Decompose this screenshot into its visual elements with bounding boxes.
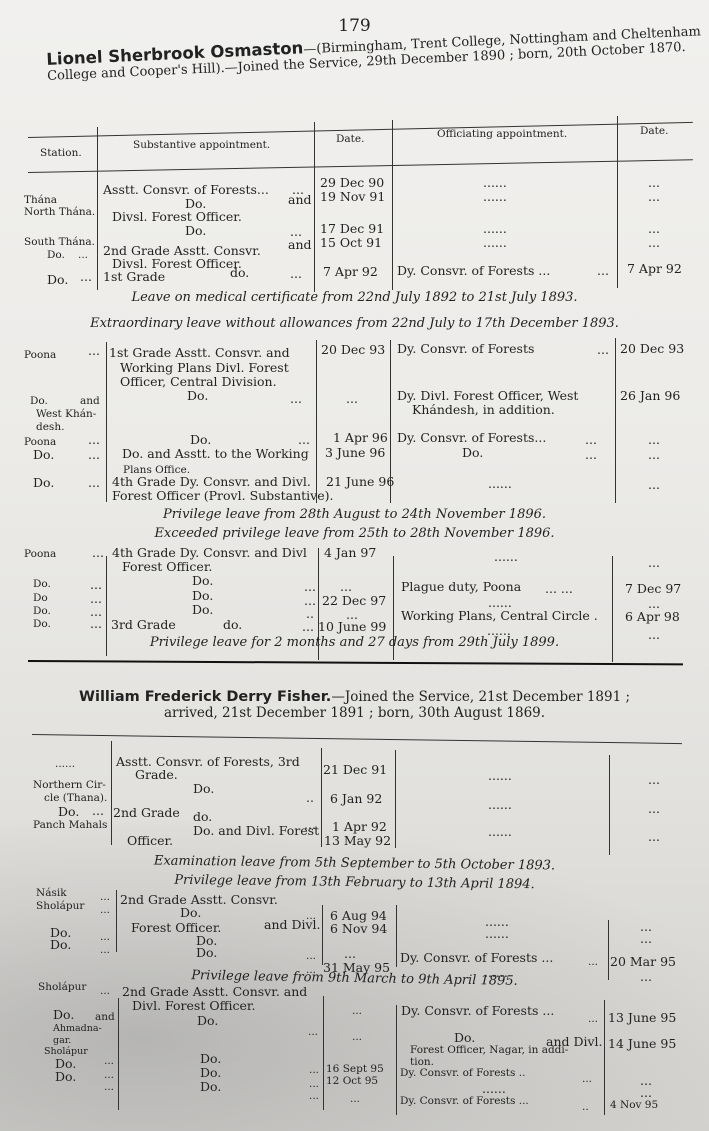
leader-dots: ... — [588, 1012, 598, 1026]
substantive-cell: 2nd Grade — [113, 806, 180, 820]
officiating-cell: Do. — [462, 446, 483, 460]
table1-header-rule — [28, 159, 693, 173]
station-cell: Poona — [24, 547, 56, 561]
leader-dots: .. — [582, 1100, 589, 1114]
leader-and: and — [288, 238, 312, 252]
substantive-cell: Do. — [192, 574, 213, 588]
col-divider — [97, 127, 98, 290]
entry2-name: William Frederick Derry Fisher. — [79, 689, 331, 705]
leader-dots: ... ... — [545, 582, 573, 596]
entry2-heading: William Frederick Derry Fisher.—Joined t… — [0, 690, 709, 704]
header-date2: Date. — [640, 124, 668, 138]
substantive-cell: Do. — [180, 906, 201, 920]
station-cell: desh. — [36, 420, 64, 434]
substantive-cell: Do. — [200, 1052, 221, 1066]
station-cell: Do. — [33, 476, 54, 490]
date2-cell: 7 Dec 97 — [625, 582, 681, 596]
leave-note: Leave on medical certificate from 22nd J… — [0, 291, 709, 305]
leader-dots: ... — [90, 578, 102, 592]
date-cell: 21 June 96 — [326, 475, 394, 489]
date-cell: 6 Jan 92 — [330, 792, 382, 806]
officiating-cell: ...... — [483, 190, 507, 204]
substantive-cell: Do. — [192, 589, 213, 603]
station-cell: Násik — [36, 886, 67, 900]
date2-cell: 20 Dec 93 — [620, 342, 684, 356]
officiating-cell: Dy. Consvr. of Forests ... — [397, 264, 550, 278]
substantive-cell: Do. — [187, 389, 208, 403]
substantive-cell: 4th Grade Dy. Consvr. and Divl — [112, 546, 307, 560]
entry2-bio-line1: —Joined the Service, 21st December 1891 … — [331, 689, 630, 705]
header-station: Station. — [40, 146, 82, 160]
date-cell: ... — [352, 1030, 362, 1044]
leader-dots: ... — [88, 476, 100, 490]
leave-note: Privilege leave from 28th August to 24th… — [0, 508, 709, 522]
station-cell: Do. — [53, 1008, 74, 1022]
substantive-cell: Grade. — [135, 768, 178, 782]
station-cell: Do. — [47, 273, 68, 287]
date-cell: 17 Dec 91 — [320, 222, 384, 236]
col-divider — [116, 890, 117, 952]
col-divider — [322, 905, 323, 965]
leader-dots: ... — [308, 1025, 318, 1039]
substantive-cell: Divl. Forest Officer. — [132, 999, 255, 1013]
col-divider — [604, 1000, 605, 1115]
col-divider — [395, 750, 396, 848]
leader-dots: ... — [100, 903, 110, 917]
date-cell: 4 Jan 97 — [324, 546, 376, 560]
substantive-cell: and Divl. — [264, 918, 321, 932]
substantive-cell: Do. — [196, 946, 217, 960]
date2-cell: 7 Apr 92 — [627, 262, 682, 276]
substantive-cell: Do. — [193, 782, 214, 796]
col-divider — [609, 755, 610, 855]
leader-dots: ... — [588, 955, 598, 969]
officiating-cell: Dy. Consvr. of Forests ... — [400, 951, 553, 965]
col-divider — [106, 342, 107, 502]
substantive-cell: Officer. — [127, 834, 173, 848]
officiating-cell: Khándesh, in addition. — [412, 403, 555, 417]
officiating-cell: ...... — [485, 927, 509, 941]
date-cell: 7 Apr 92 — [323, 265, 378, 279]
date2-cell: 20 Mar 95 — [610, 955, 676, 969]
col-divider — [316, 340, 317, 503]
station-cell: ...... — [55, 757, 75, 771]
entry-separator — [28, 660, 683, 665]
date-cell: 22 Dec 97 — [322, 594, 386, 608]
date-cell: 21 Dec 91 — [323, 763, 387, 777]
station-cell: North Thána. — [24, 205, 95, 219]
col-divider — [323, 996, 324, 1110]
date2-cell: ... — [648, 433, 660, 447]
leader-dots: ... — [104, 1080, 114, 1094]
date2-cell: 13 June 95 — [608, 1011, 676, 1025]
leader-dots: ... — [92, 804, 104, 818]
substantive-cell: 2nd Grade Asstt. Consvr. and — [122, 985, 307, 999]
station-cell: Do. — [33, 577, 51, 591]
substantive-cell: Asstt. Consvr. of Forests... — [103, 183, 269, 197]
officiating-cell: Working Plans, Central Circle . — [401, 609, 598, 623]
leader-dots: ... — [100, 930, 110, 944]
date-cell: ... — [352, 1004, 362, 1018]
officiating-cell: Dy. Consvr. of Forests... — [397, 431, 546, 445]
date2-cell: 4 Nov 95 — [610, 1098, 658, 1112]
station-cell: Do. — [47, 248, 65, 262]
date2-cell: 6 Apr 98 — [625, 610, 680, 624]
leader-dots: ... — [302, 620, 314, 634]
station-cell: Do. — [33, 617, 51, 631]
officiating-cell: Dy. Consvr. of Forests — [397, 342, 534, 356]
col-divider — [615, 338, 616, 503]
substantive-cell: Do. — [190, 433, 211, 447]
col-divider — [118, 998, 119, 1110]
substantive-cell: Working Plans Divl. Forest — [120, 361, 289, 375]
substantive-cell: 1st Grade — [103, 270, 165, 284]
col-divider — [321, 748, 322, 847]
leader-dots: ... — [309, 1063, 319, 1077]
leader-dots: ... — [585, 433, 597, 447]
officiating-cell: ...... — [483, 176, 507, 190]
leader-dots: ... — [582, 1072, 592, 1086]
officiating-cell: ...... — [494, 550, 518, 564]
leave-note: Exceeded privilege leave from 25th to 28… — [0, 527, 709, 541]
substantive-cell: 1st Grade Asstt. Consvr. and — [109, 346, 290, 360]
station-cell: Sholápur — [36, 899, 84, 913]
substantive-cell: Do. — [200, 1066, 221, 1080]
col-divider — [392, 120, 393, 290]
substantive-cell: Officer, Central Division. — [120, 375, 277, 389]
substantive-do: do. — [230, 266, 249, 280]
officiating-cell: ...... — [483, 222, 507, 236]
leader-dots: ... — [92, 546, 104, 560]
officiating-cell: Plague duty, Poona — [401, 580, 521, 594]
leader-dots: ... — [78, 248, 88, 262]
date2-cell: 26 Jan 96 — [620, 389, 680, 403]
date2-cell: ... — [648, 802, 660, 816]
officiating-cell: ...... — [488, 477, 512, 491]
date2-cell: ... — [648, 448, 660, 462]
leave-note: Privilege leave for 2 months and 27 days… — [0, 636, 709, 650]
station-cell: Do — [33, 591, 48, 605]
station-and: and — [80, 394, 100, 408]
substantive-do: do. — [223, 618, 242, 632]
header-substantive: Substantive appointment. — [133, 138, 270, 152]
substantive-cell: Divsl. Forest Officer. — [112, 210, 242, 224]
date2-cell: ... — [648, 773, 660, 787]
substantive-cell: Do. — [197, 1014, 218, 1028]
leader-dots: ... — [90, 617, 102, 631]
leader-dots: ... — [88, 433, 100, 447]
station-cell: Do. — [58, 805, 79, 819]
substantive-cell: Do. — [200, 1080, 221, 1094]
leader-dots: ... — [298, 433, 310, 447]
officiating-cell: Dy. Divl. Forest Officer, West — [397, 389, 578, 403]
date-cell: 20 Dec 93 — [321, 343, 385, 357]
col-divider — [111, 741, 112, 845]
leader-dots: ... — [306, 949, 316, 963]
col-divider — [396, 1005, 397, 1115]
leader-dots: ... — [309, 1089, 319, 1103]
date-cell: 3 June 96 — [325, 446, 385, 460]
substantive-cell: 3rd Grade — [111, 618, 176, 632]
station-cell: Northern Cir- — [33, 778, 106, 792]
date-cell: 1 Apr 96 — [333, 431, 388, 445]
leader-and: and — [288, 193, 312, 207]
leader-dots: ... — [104, 1054, 114, 1068]
date2-cell: 14 June 95 — [608, 1037, 676, 1051]
leave-note: Examination leave from 5th September to … — [0, 853, 709, 876]
col-divider — [314, 122, 315, 292]
station-cell: Do. — [33, 448, 54, 462]
officiating-cell: ...... — [488, 798, 512, 812]
date-cell: ... — [344, 947, 356, 961]
date-cell: 29 Dec 90 — [320, 176, 384, 190]
leader-dots: ... — [88, 448, 100, 462]
date2-cell: ... — [648, 478, 660, 492]
date-cell: 10 June 99 — [318, 620, 386, 634]
station-cell: Sholápur — [38, 980, 86, 994]
col-divider — [608, 920, 609, 980]
substantive-cell: Do. and Divl. Forest — [193, 824, 319, 838]
date-cell: 12 Oct 95 — [326, 1074, 378, 1088]
leader-dots: ... — [100, 890, 110, 904]
leader-dots: ... — [88, 344, 100, 358]
leader-dots: ... — [290, 392, 302, 406]
substantive-cell: Forest Officer. — [122, 560, 212, 574]
leader-dots: ... — [100, 943, 110, 957]
col-divider — [396, 905, 397, 967]
date-cell: ... — [346, 392, 358, 406]
entry2-bio-line2: arrived, 21st December 1891 ; born, 30th… — [0, 706, 709, 720]
leave-note: Extraordinary leave without allowances f… — [0, 317, 709, 331]
table2-top-rule — [32, 734, 682, 744]
station-cell: Poona — [24, 348, 56, 362]
date2-cell: ... — [648, 830, 660, 844]
date2-cell: ... — [640, 932, 652, 946]
officiating-cell: Dy. Consvr. of Forests ... — [401, 1004, 554, 1018]
date-cell: 13 May 92 — [324, 834, 391, 848]
date-cell: 15 Oct 91 — [320, 236, 382, 250]
header-date: Date. — [336, 132, 364, 146]
substantive-cell: Forest Officer (Provl. Substantive). — [112, 489, 333, 503]
header-officiating: Officiating appointment. — [437, 127, 567, 141]
leader-dots: ... — [290, 267, 302, 281]
station-cell: South Thána. — [24, 235, 95, 249]
substantive-cell: Do. — [185, 224, 206, 238]
station-cell: Panch Mahals — [33, 818, 107, 832]
date-cell: ... — [350, 1092, 360, 1106]
station-cell: Do. — [55, 1070, 76, 1084]
leader-dots: ... — [597, 264, 609, 278]
substantive-cell: 4th Grade Dy. Consvr. and Divl. — [112, 475, 311, 489]
station-cell: Do. — [30, 394, 48, 408]
officiating-cell: Dy. Consvr. of Forests ... — [400, 1094, 529, 1108]
station-cell: West Khán- — [36, 407, 96, 421]
officiating-cell: ...... — [483, 236, 507, 250]
date2-cell: ... — [648, 222, 660, 236]
leader-dots: ... — [585, 448, 597, 462]
leader-dots: ... — [597, 343, 609, 357]
date2-cell: ... — [648, 176, 660, 190]
leader-dots: ... — [100, 984, 110, 998]
date-cell: 6 Nov 94 — [330, 922, 387, 936]
leader-dots: ... — [304, 580, 316, 594]
col-divider — [617, 116, 618, 288]
date2-cell: ... — [648, 556, 660, 570]
station-cell: Do. — [50, 938, 71, 952]
substantive-do: do. — [193, 810, 212, 824]
date2-cell: ... — [648, 190, 660, 204]
date2-cell: ... — [648, 236, 660, 250]
substantive-cell: Do. — [192, 603, 213, 617]
officiating-cell: Dy. Consvr. of Forests .. — [400, 1066, 525, 1080]
date-cell: 1 Apr 92 — [332, 820, 387, 834]
officiating-cell: ...... — [488, 769, 512, 783]
leader-dots: .. — [306, 791, 314, 805]
date-cell: 19 Nov 91 — [320, 190, 385, 204]
substantive-cell: Do. and Asstt. to the Working — [122, 447, 309, 461]
officiating-cell: ...... — [488, 825, 512, 839]
date-cell: ... — [340, 580, 352, 594]
station-cell: Do. — [33, 604, 51, 618]
leader-dots: ... — [80, 270, 92, 284]
